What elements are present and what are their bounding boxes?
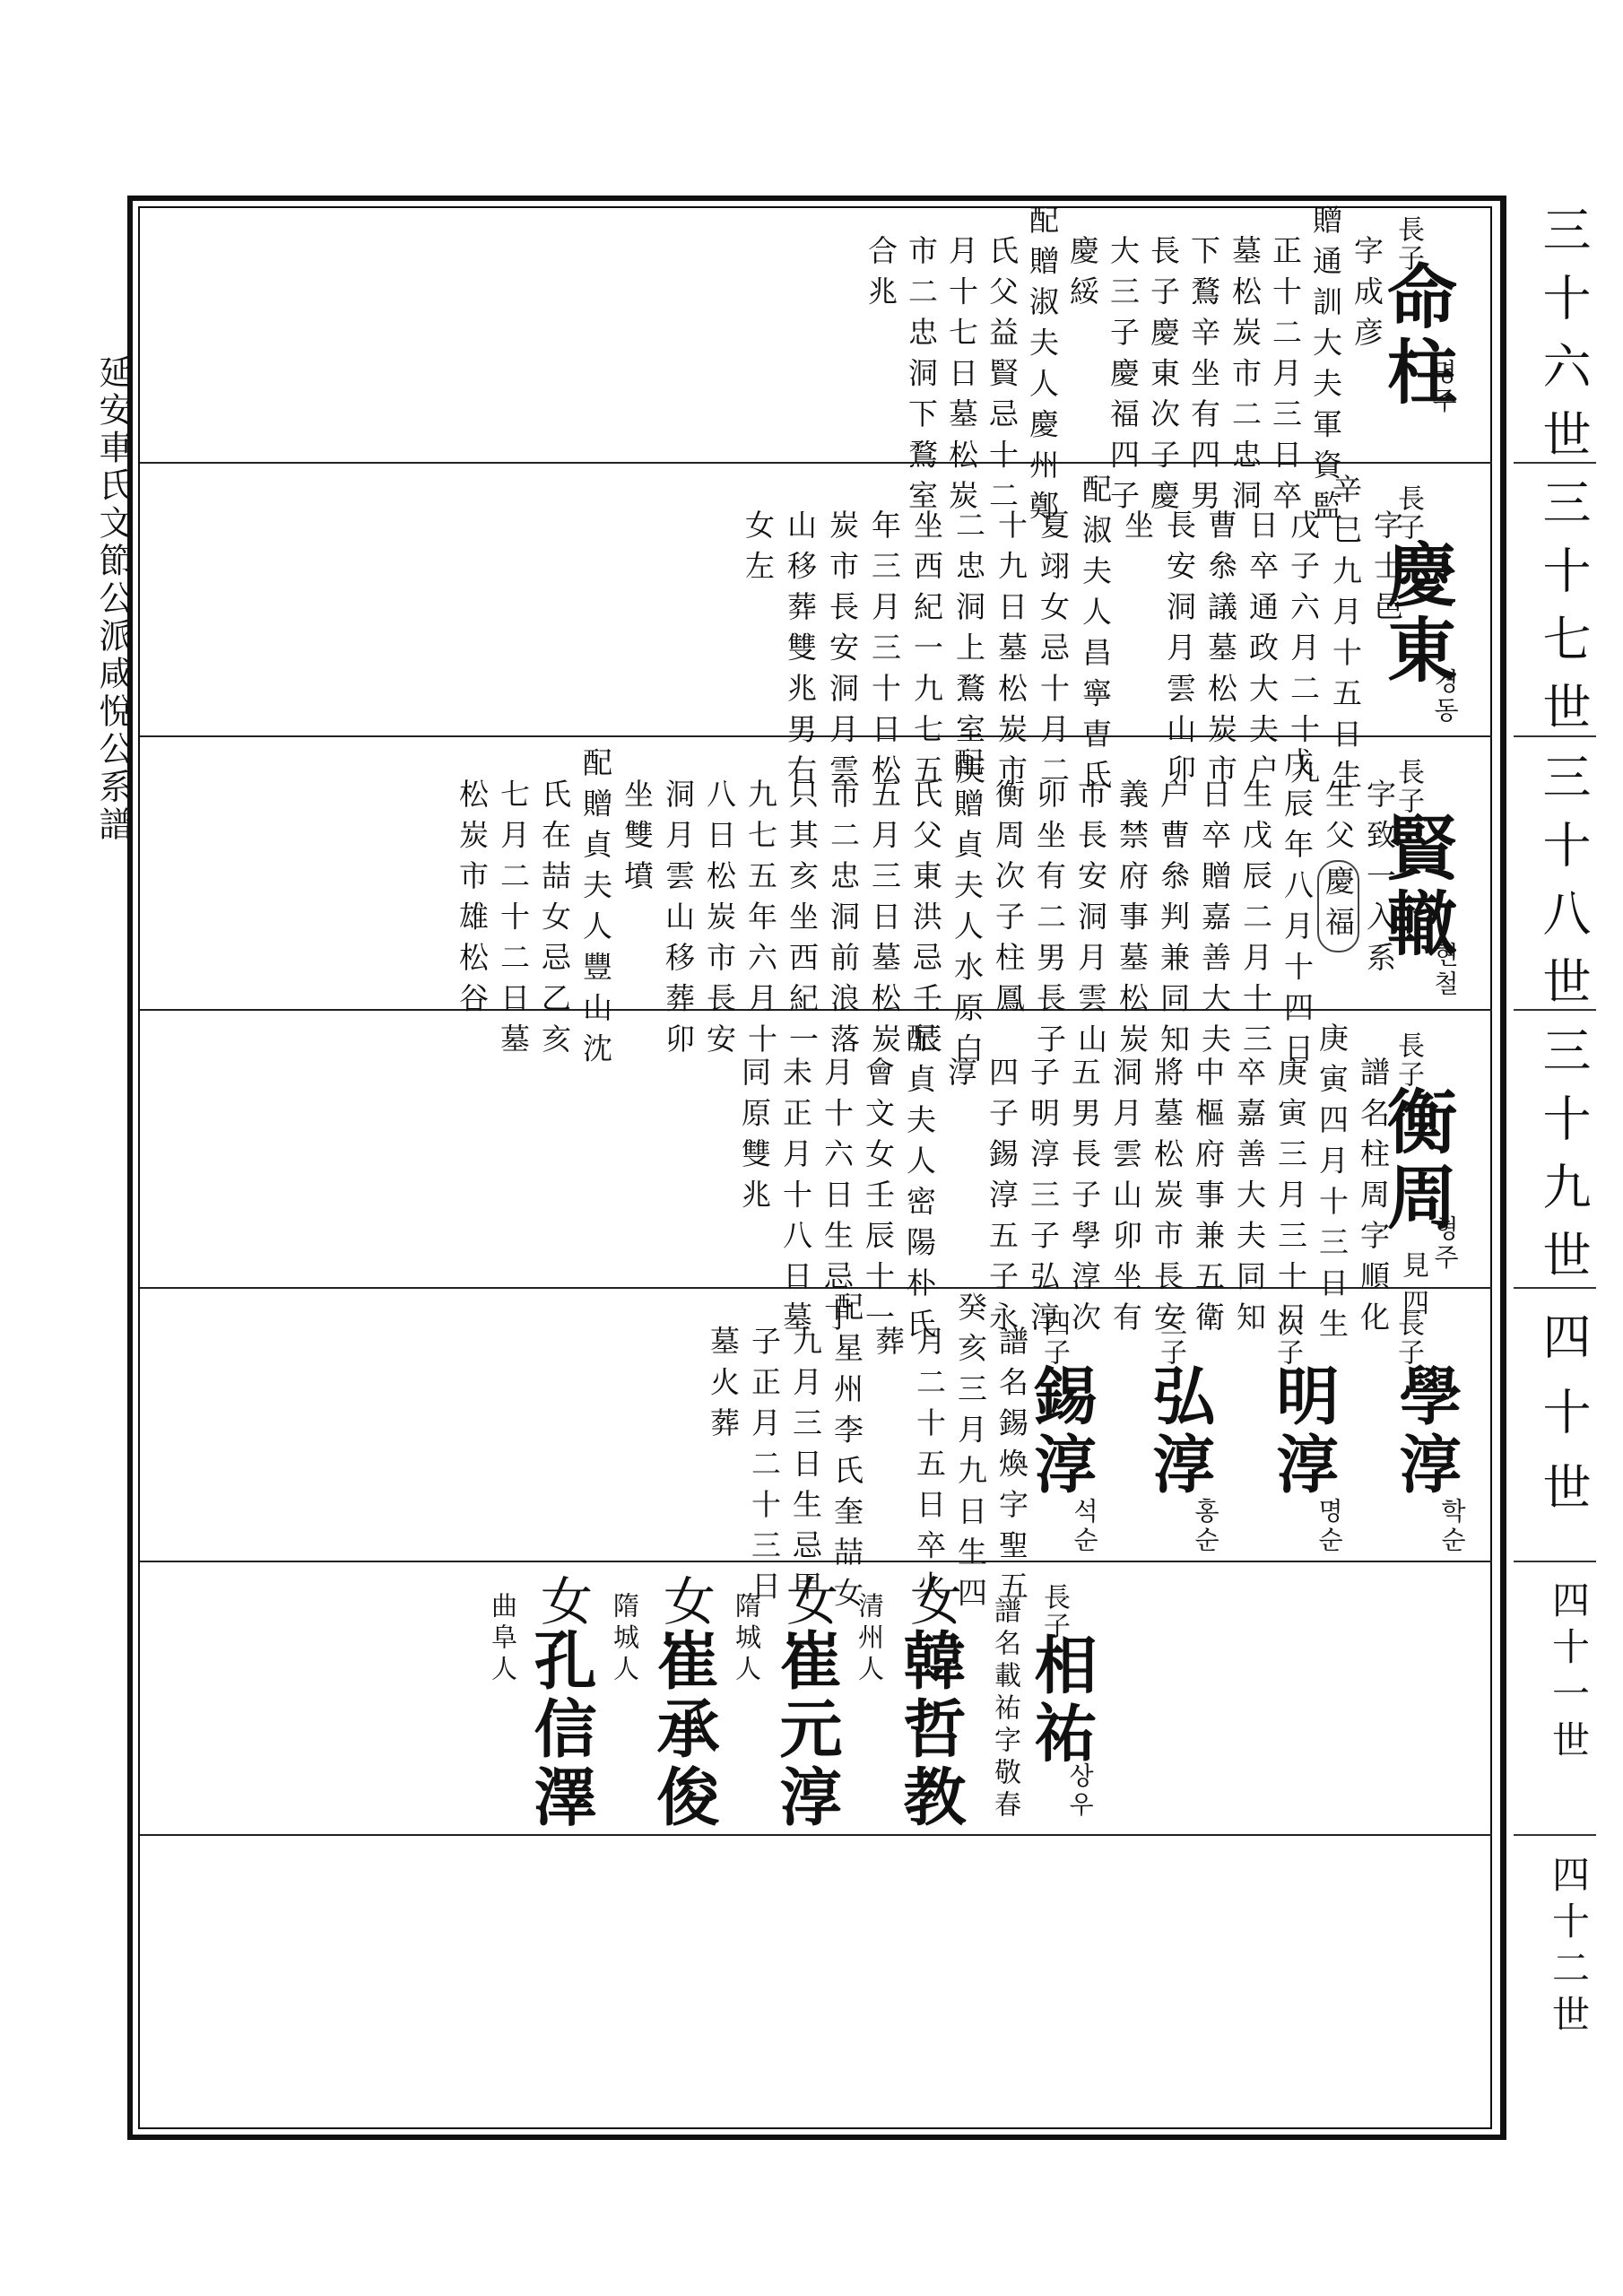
entry-text-column: 九月三日生忌甲 [791,1326,820,1612]
entry-text-column: 八日松炭市長安 [705,778,734,1065]
entry-name: 弘淳 [1148,1363,1211,1500]
entry-hangul: 형주 [1432,1215,1457,1273]
entry-hangul: 현철 [1432,942,1457,999]
entry-text-column: 十九日墓松炭市 [996,509,1026,796]
entry-rank: 四子 [1040,1309,1067,1367]
entry-text-column: 配贈貞夫人豐山沈 [581,747,611,1074]
entry-text-column: 譜名錫煥字聖五 [997,1326,1027,1612]
entry-text-column: 月十七日墓松炭 [947,235,976,521]
entry-text-column: 四子錫淳五子永 [987,1057,1017,1343]
entry-name: 學淳 [1394,1363,1457,1500]
entry-text-column: 長子慶東次子慶 [1149,235,1178,521]
entry-hangul: 경동 [1432,668,1457,726]
entry-text-column: 生戊辰二月十三 [1241,778,1271,1065]
entry-text-column: 長安洞月雲山卯 [1165,509,1194,796]
generation-divider [1514,1561,1596,1562]
entry-text-column: 五月三日墓松炭 [870,778,899,1065]
entry-text-column: 正十二月三日卒 [1271,235,1300,521]
entry-hangul: 명순 [1316,1498,1341,1555]
book-title: 延安車氏文節公派咸悅公系譜 [85,354,130,844]
entry-text-column: 七月二十二日墓 [499,778,528,1065]
generation-label: 四十世 [1524,1311,1587,1537]
entry-text-column: 配贈淑夫人慶州鄭 [1028,204,1057,531]
entry-text-column: 九七五年六月十 [746,778,776,1065]
entry-text-column: 配星州李氏奎喆女 [832,1291,862,1618]
circled-annotation: 慶福 [1317,860,1359,952]
entry-rank: 長子 [1394,1031,1421,1089]
entry-text-column: 中樞府事兼五衛 [1193,1057,1223,1343]
entry-text-column: 衡周次子柱鳳 [994,778,1023,1023]
entry-text-column: 配贈貞夫人水原白 [952,747,982,1074]
entry-text-column: 配貞夫人密陽朴氏 [905,1022,934,1349]
entry-text-column: 松炭市雄松谷 [457,778,487,1023]
generation-divider [1514,1834,1596,1836]
entry-text-column: 同原雙兆 [740,1057,769,1220]
daughter-prefix: 女 [782,1574,834,1626]
entry-text-column: 未正月十八日墓 [781,1057,811,1343]
generation-label: 四十二世 [1524,1855,1587,2041]
entry-text-column: 曹叅議墓松炭市 [1206,509,1236,796]
entry-rank: 次子 [1273,1309,1300,1367]
entry-text-column: 卒嘉善大夫同知 [1235,1057,1264,1343]
entry-text-column: 炭市長安洞月雲 [828,509,857,796]
entry-text-column: 字士邑 [1372,509,1402,632]
generation-label: 三十八世 [1524,752,1587,1024]
entry-hangul: 석순 [1072,1498,1097,1555]
entry-text-column: 下鶩辛坐有四男 [1189,235,1219,521]
daughter-prefix: 女 [906,1574,958,1626]
entry-hangul: 명주 [1430,359,1455,416]
entry-text-column: 户曹叅判兼同知 [1159,778,1188,1065]
entry-text-column: 癸亥三月九日生四 [956,1291,985,1618]
entry-text-column: 市長安洞月雲山 [1076,778,1106,1065]
entry-text-column: 譜名載祐字敬春 [991,1596,1018,1822]
entry-text-column: 會文女壬辰十一 [864,1057,893,1343]
entry-text-column: 坐雙墳 [622,778,652,901]
entry-name: 衡周 [1381,1085,1451,1236]
generation-label: 四十一世 [1524,1580,1587,1767]
entry-rank: 長子 [1394,758,1421,815]
entry-text-column: 譜名柱周字順化 [1358,1057,1388,1343]
entry-text-column: 墓火葬 [708,1326,738,1448]
entry-text-column: 卯坐有二男長子 [1035,778,1064,1065]
entry-text-column: 日卒贈嘉善大夫 [1200,778,1229,1065]
entry-text-column: 市二忠洞前浪落 [829,778,858,1065]
daughter-prefix: 女 [536,1574,588,1626]
spouse-name: 韓哲教 [898,1628,961,1832]
entry-text-column: 五男長子學淳次 [1070,1057,1099,1343]
generation-label: 三十六世 [1524,204,1587,477]
entry-text-column: 月二十五日卒火 [915,1326,944,1612]
spouse-name: 崔承俊 [652,1628,715,1832]
spouse-name: 孔信澤 [529,1628,592,1832]
entry-text-column: 市二忠洞下鶩室 [907,235,936,521]
entry-text-column: 子正月二十三日 [750,1326,779,1612]
entry-text-column: 淳 [946,1057,976,1098]
entry-rank: 三子 [1157,1309,1184,1367]
entry-text-column: 生父慶福 生父慶福 [1324,778,1353,952]
entry-text-column: 辛巳九月十五日生 [1331,474,1360,800]
entry-text-column: 庚寅四月十三日生 [1317,1022,1347,1349]
entry-text-column: 洞月雲山卯坐有 [1111,1057,1141,1343]
entry-text-column: 合兆 [866,235,896,317]
entry-text-column: 坐西紀一九七五 [912,509,942,796]
generation-label: 三十九世 [1524,1025,1587,1298]
entry-text-column: 將墓松炭市長安 [1152,1057,1182,1343]
entry-text-column: 子明淳三子弘淳 [1028,1057,1058,1343]
entry-text-column: 洞月雲山移葬卯 [664,778,693,1065]
entry-text-column: 氏在喆女忌乙亥 [540,778,569,1065]
entry-text-column: 日卒通政大夫户 [1247,509,1277,796]
spouse-origin: 隋城人 [733,1592,759,1686]
daughter-prefix: 女 [659,1574,711,1626]
entry-text-column: 墓松炭市二忠洞 [1230,235,1260,521]
entry-hangul: 상우 [1067,1762,1092,1820]
entry-name: 明淳 [1271,1363,1334,1500]
genealogy-page: 延安車氏文節公派咸悅公系譜 三十六世 三十七世 三十八世 三十九世 四十世 四十… [0,0,1623,2296]
generation-label: 三十七世 [1524,477,1587,750]
entry-text-column: 戊辰年八月十四日 [1282,747,1312,1074]
spouse-origin: 隋城人 [612,1592,638,1686]
row-divider [140,1834,1492,1836]
entry-text-column: 山移葬雙兆男右 [785,509,815,796]
entry-text-column: 女左 [743,509,773,591]
entry-text-column: 只其亥坐西紀一 [787,778,817,1065]
entry-text-column: 字致一入系 [1365,778,1394,983]
spouse-name: 崔元淳 [775,1628,838,1832]
entry-hangul: 학순 [1439,1498,1464,1555]
spouse-origin: 清州人 [856,1592,882,1686]
entry-text-column: 義禁府事墓松炭 [1117,778,1147,1065]
entry-text-column: 配淑夫人昌寧曺氏 [1081,474,1110,800]
entry-text-column: 慶綏 [1068,235,1098,317]
entry-text-column: 坐 [1123,509,1152,551]
father-label: 生父 [1321,778,1356,860]
entry-hangul: 홍순 [1193,1498,1218,1555]
entry-name: 錫淳 [1029,1363,1092,1500]
entry-name: 相祐 [1029,1632,1092,1769]
entry-text-column: 年三月三十日松 [870,509,899,796]
entry-text-column: 氏父益賢忌十二 [987,235,1017,521]
entry-text-column: 字成彦 [1352,235,1382,358]
entry-text-column: 夏翊女忌十月二 [1038,509,1068,796]
entry-text-column: 氏父東洪忌壬辰 [911,778,941,1065]
spouse-origin: 曲阜人 [490,1592,516,1686]
entry-text-column: 庚寅三月三十日 [1276,1057,1306,1343]
entry-text-column: 葬 [873,1326,903,1367]
entry-rank: 長子 [1394,1309,1421,1367]
